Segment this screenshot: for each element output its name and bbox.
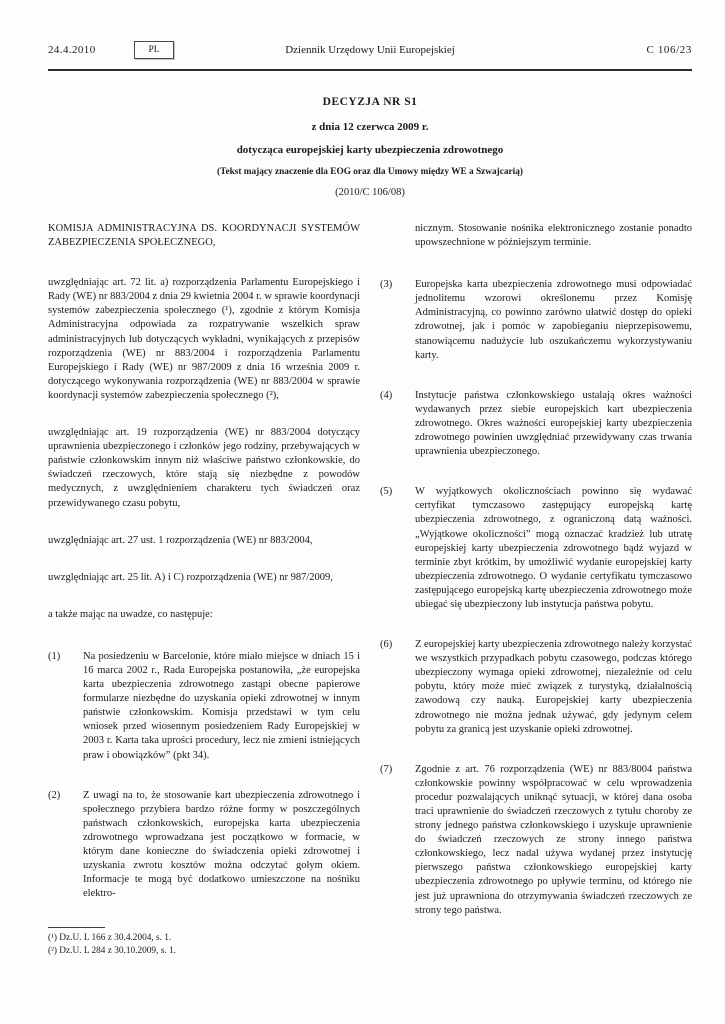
footnote-2: (²) Dz.U. L 284 z 30.10.2009, s. 1. (48, 945, 360, 958)
recital-number: (4) (380, 389, 415, 459)
opening-paragraph: KOMISJA ADMINISTRACYJNA DS. KOORDYNACJI … (48, 222, 360, 250)
recital-text: Europejska karta ubezpieczenia zdrowotne… (415, 278, 692, 363)
recital-text: Zgodnie z art. 76 rozporządzenia (WE) nr… (415, 763, 692, 918)
lead-in-paragraph: a także mając na uwadze, co następuje: (48, 608, 360, 622)
footnote-1: (¹) Dz.U. L 166 z 30.4.2004, s. 1. (48, 932, 360, 945)
recital-number: (1) (48, 650, 83, 763)
recital-number: (6) (380, 638, 415, 737)
decision-subject: dotycząca europejskiej karty ubezpieczen… (48, 144, 692, 156)
oj-reference: (2010/C 106/08) (48, 187, 692, 198)
recital-6: (6) Z europejskiej karty ubezpieczenia z… (380, 638, 692, 737)
eea-relevance-note: (Tekst mający znaczenie dla EOG oraz dla… (48, 167, 692, 177)
recital-1: (1) Na posiedzeniu w Barcelonie, które m… (48, 650, 360, 763)
page-reference: C 106/23 (647, 44, 692, 56)
decision-title-block: DECYZJA NR S1 z dnia 12 czerwca 2009 r. … (48, 96, 692, 198)
right-column: nicznym. Stosowanie nośnika elektroniczn… (380, 222, 692, 958)
recital-text: Instytucje państwa członkowskiego ustala… (415, 389, 692, 459)
recital-4: (4) Instytucje państwa członkowskiego us… (380, 389, 692, 459)
citation-paragraph-3: uwzględniając art. 27 ust. 1 rozporządze… (48, 534, 360, 548)
header-rule (48, 69, 692, 71)
footnote-separator (48, 927, 105, 928)
recital-3: (3) Europejska karta ubezpieczenia zdrow… (380, 278, 692, 363)
recital-text: Z europejskiej karty ubezpieczenia zdrow… (415, 638, 692, 737)
recital-number: (2) (48, 789, 83, 902)
recital-number: (7) (380, 763, 415, 918)
decision-number: DECYZJA NR S1 (48, 96, 692, 108)
recital-2: (2) Z uwagi na to, że stosowanie kart ub… (48, 789, 360, 902)
journal-title: Dziennik Urzędowy Unii Europejskiej (48, 44, 692, 56)
page-header: 24.4.2010 PL Dziennik Urzędowy Unii Euro… (48, 42, 692, 62)
recital-text: Na posiedzeniu w Barcelonie, które miało… (83, 650, 360, 763)
citation-paragraph-2: uwzględniając art. 19 rozporządzenia (WE… (48, 426, 360, 511)
citation-paragraph-4: uwzględniając art. 25 lit. A) i C) rozpo… (48, 571, 360, 585)
document-body: KOMISJA ADMINISTRACYJNA DS. KOORDYNACJI … (48, 222, 692, 958)
recital-7: (7) Zgodnie z art. 76 rozporządzenia (WE… (380, 763, 692, 918)
decision-date: z dnia 12 czerwca 2009 r. (48, 121, 692, 133)
citation-paragraph-1: uwzględniając art. 72 lit. a) rozporządz… (48, 276, 360, 403)
left-column: KOMISJA ADMINISTRACYJNA DS. KOORDYNACJI … (48, 222, 360, 958)
recital-5: (5) W wyjątkowych okolicznościach powinn… (380, 485, 692, 612)
continuation-paragraph: nicznym. Stosowanie nośnika elektroniczn… (415, 222, 692, 250)
recital-number: (5) (380, 485, 415, 612)
recital-number: (3) (380, 278, 415, 363)
recital-text: Z uwagi na to, że stosowanie kart ubezpi… (83, 789, 360, 902)
footnotes-block: (¹) Dz.U. L 166 z 30.4.2004, s. 1. (²) D… (48, 927, 360, 958)
recital-text: W wyjątkowych okolicznościach powinno si… (415, 485, 692, 612)
journal-page: 24.4.2010 PL Dziennik Urzędowy Unii Euro… (0, 0, 725, 1024)
